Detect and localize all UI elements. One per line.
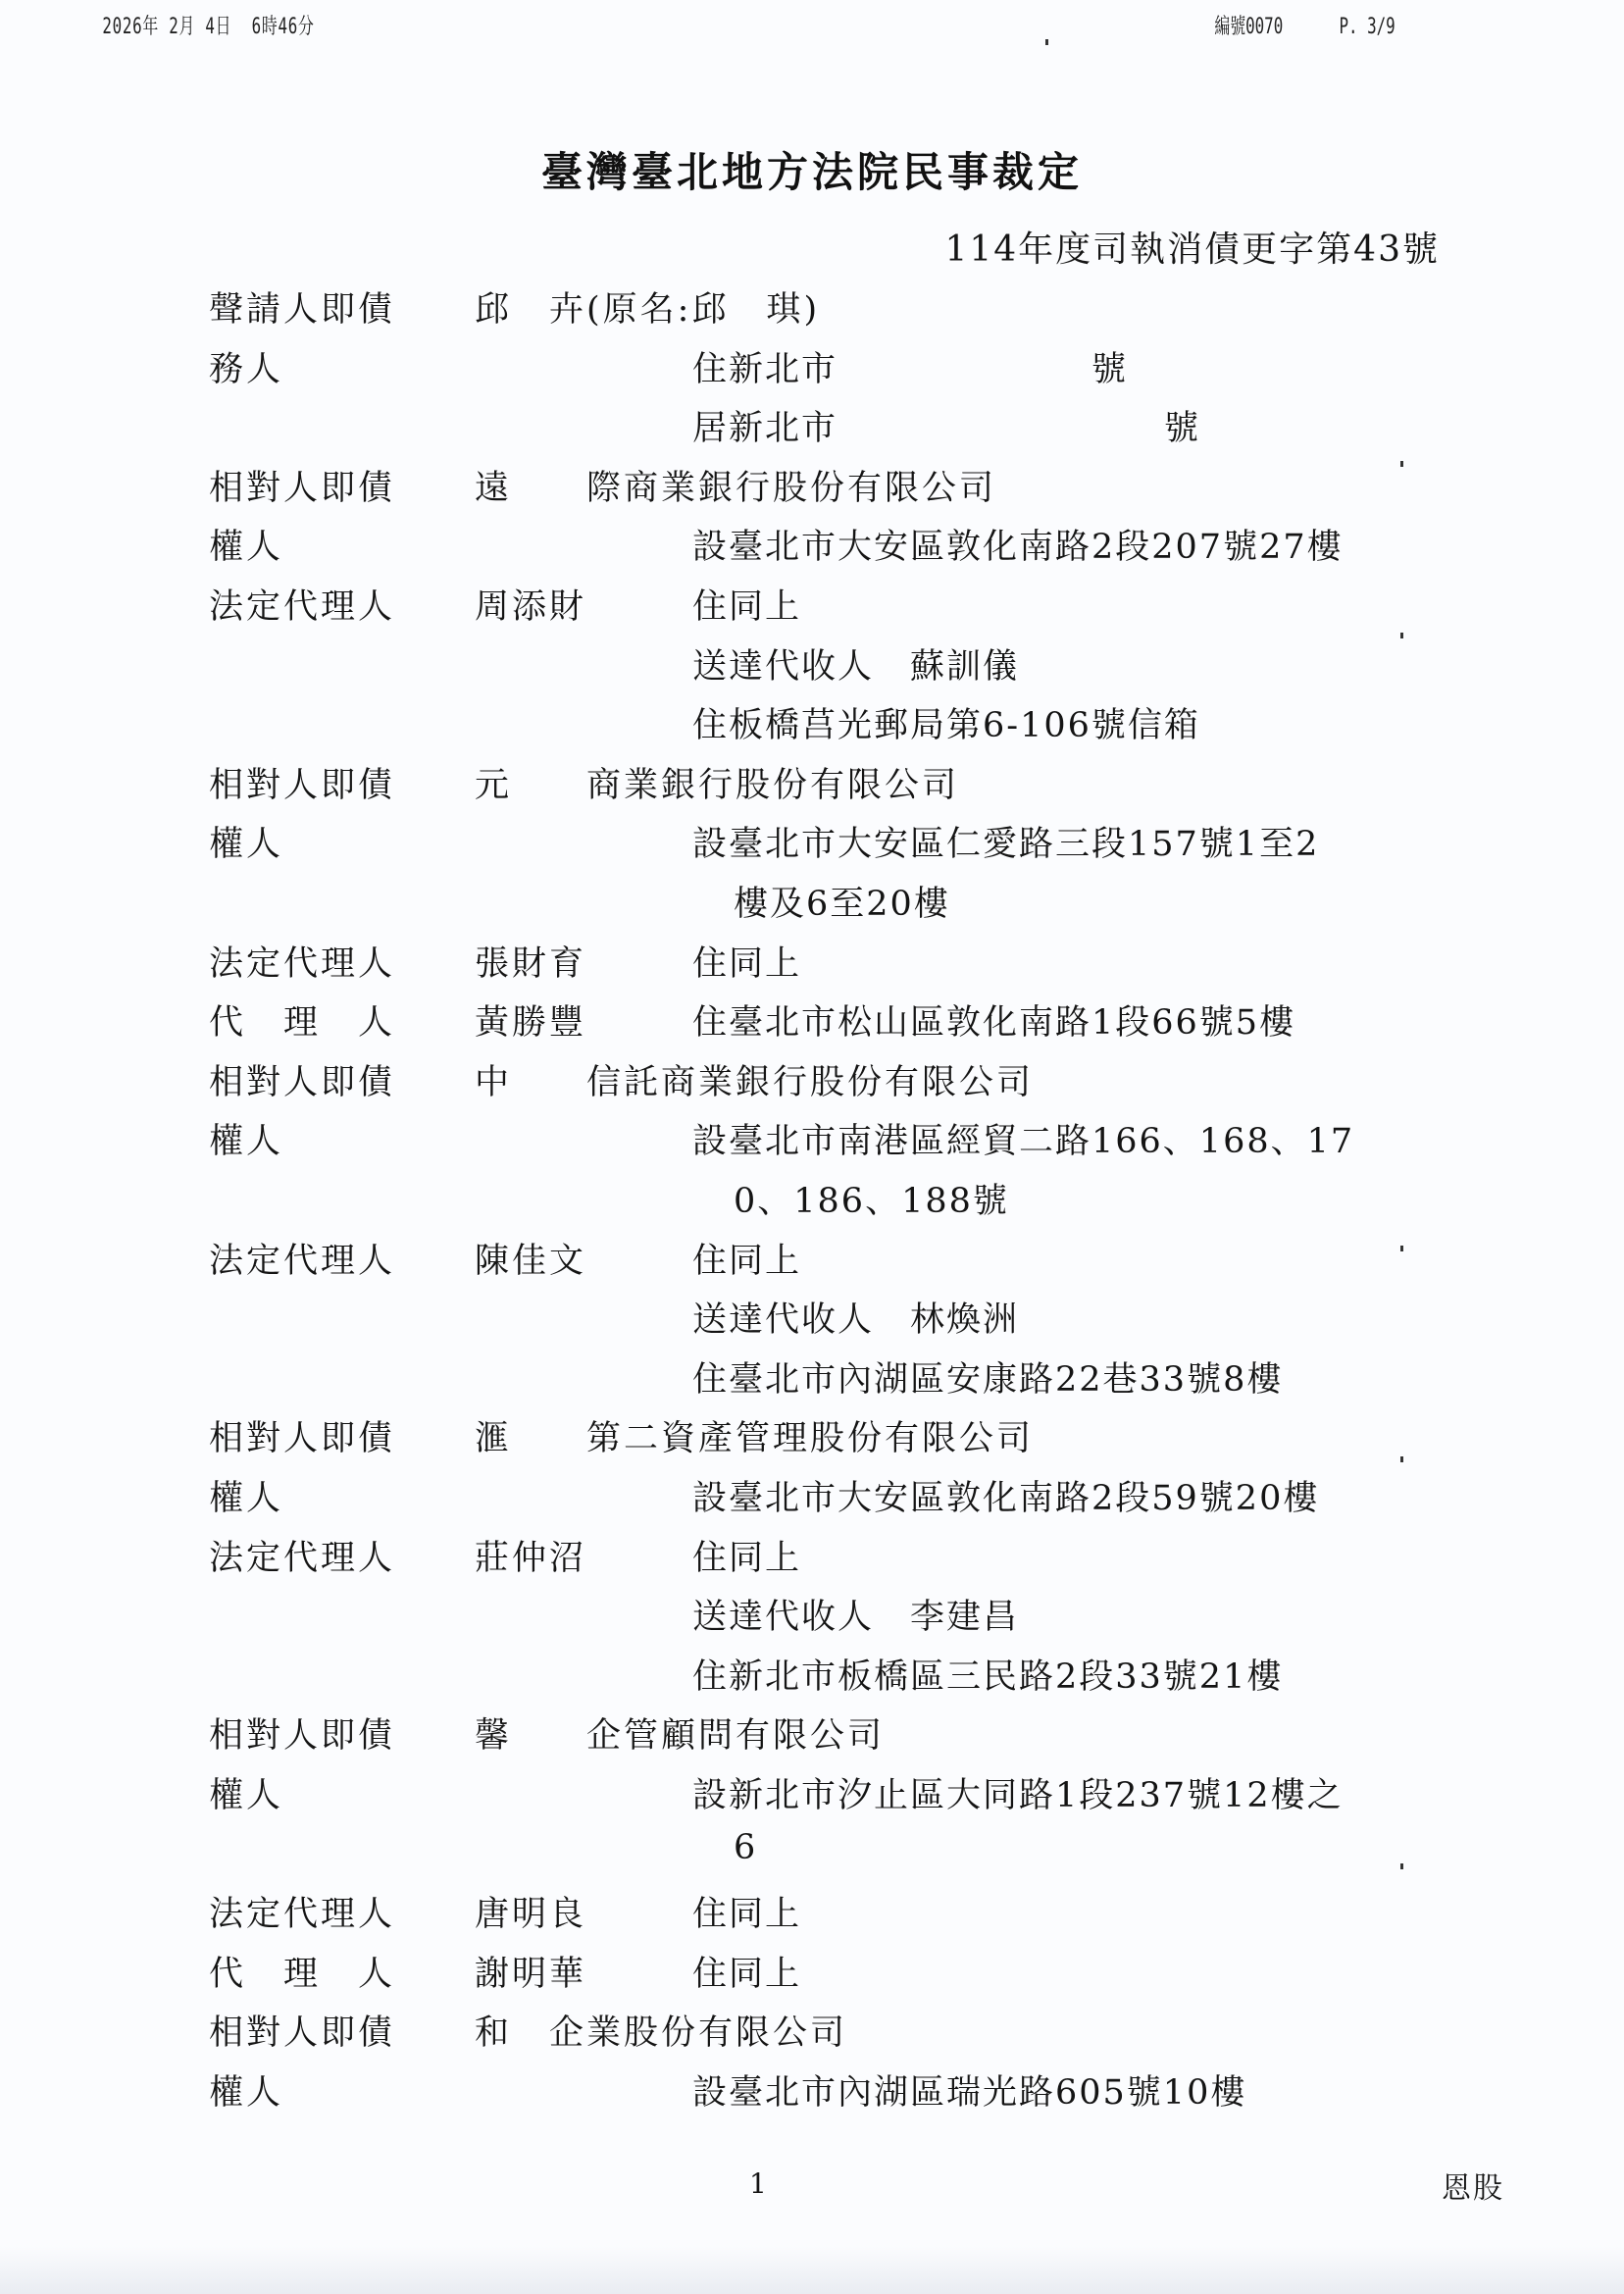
party-name: 滙 第二資產管理股份有限公司	[475, 1411, 1034, 1460]
party-address: 樓及6至20樓	[734, 877, 950, 926]
footer-stamp: 恩股	[1442, 2164, 1504, 2207]
party-address: 住同上	[692, 1947, 801, 1996]
party-role: 務人	[209, 342, 283, 391]
scan-edge	[0, 2246, 1624, 2294]
fax-header: 2026年 2月 4日 6時46分 編號0070 P. 3/9	[0, 10, 1169, 45]
party-role: 聲請人即債	[209, 282, 395, 331]
scan-speck	[1400, 633, 1403, 638]
scan-speck	[1400, 1863, 1403, 1869]
party-address: 居新北市 號	[692, 401, 1200, 450]
party-address: 住同上	[692, 937, 801, 986]
party-role: 相對人即債	[209, 1708, 395, 1758]
party-address: 設臺北市大安區仁愛路三段157號1至2	[692, 817, 1319, 866]
party-role: 法定代理人	[209, 580, 395, 629]
party-role: 權人	[209, 520, 283, 569]
party-role: 代 理 人	[209, 1947, 395, 1996]
party-address: 住同上	[692, 580, 801, 629]
party-address: 住臺北市松山區敦化南路1段66號5樓	[692, 995, 1295, 1045]
party-name: 張財育	[475, 937, 586, 986]
fax-page: P. 3/9	[1339, 15, 1395, 39]
fax-serial-page: 編號0070 P. 3/9	[1214, 10, 1395, 40]
party-role: 法定代理人	[209, 1887, 395, 1936]
party-name: 周添財	[475, 580, 586, 629]
party-name: 和 企業股份有限公司	[475, 2006, 847, 2055]
party-name: 謝明華	[475, 1947, 586, 1996]
party-name: 黃勝豐	[475, 995, 586, 1045]
scan-speck	[1045, 39, 1048, 45]
party-role: 法定代理人	[209, 1234, 395, 1283]
case-number: 114年度司執消債更字第43號	[944, 222, 1440, 272]
party-role: 代 理 人	[209, 995, 395, 1045]
party-address: 0、186、188號	[734, 1174, 1009, 1223]
party-address: 設新北市汐止區大同路1段237號12樓之	[692, 1768, 1344, 1817]
party-role: 權人	[209, 1768, 283, 1817]
party-address: 住同上	[692, 1887, 801, 1936]
party-role: 法定代理人	[209, 937, 395, 986]
party-role: 法定代理人	[209, 1531, 395, 1580]
party-name: 遠 際商業銀行股份有限公司	[475, 461, 996, 510]
party-address: 送達代收人 林煥洲	[692, 1293, 1019, 1342]
scan-speck	[1400, 461, 1403, 467]
fax-serial: 編號0070	[1214, 15, 1283, 39]
party-address: 6	[734, 1828, 757, 1867]
party-address: 住同上	[692, 1234, 801, 1283]
party-name: 唐明良	[475, 1887, 586, 1936]
party-role: 權人	[209, 1471, 283, 1520]
party-address: 設臺北市內湖區瑞光路605號10樓	[692, 2065, 1246, 2115]
document-title: 臺灣臺北地方法院民事裁定	[0, 140, 1624, 199]
party-address: 住新北市板橋區三民路2段33號21樓	[692, 1650, 1283, 1699]
party-address: 送達代收人 李建昌	[692, 1590, 1019, 1639]
party-name: 陳佳文	[475, 1234, 586, 1283]
scan-speck	[1400, 1246, 1403, 1251]
party-role: 相對人即債	[209, 758, 395, 807]
party-role: 相對人即債	[209, 2006, 395, 2055]
party-role: 權人	[209, 2065, 283, 2115]
party-name: 邱 卉(原名:邱 琪)	[475, 282, 820, 331]
party-address: 設臺北市大安區敦化南路2段207號27樓	[692, 520, 1344, 569]
party-role: 相對人即債	[209, 1055, 395, 1104]
party-role: 相對人即債	[209, 461, 395, 510]
party-role: 相對人即債	[209, 1411, 395, 1460]
party-address: 送達代收人 蘇訓儀	[692, 639, 1019, 688]
party-address: 設臺北市大安區敦化南路2段59號20樓	[692, 1471, 1319, 1520]
page-number: 1	[749, 2167, 767, 2200]
party-name: 中 信託商業銀行股份有限公司	[475, 1055, 1034, 1104]
party-role: 權人	[209, 817, 283, 866]
party-address: 住同上	[692, 1531, 801, 1580]
fax-timestamp: 2026年 2月 4日 6時46分	[102, 10, 314, 40]
scan-speck	[1400, 1456, 1403, 1462]
party-role: 權人	[209, 1114, 283, 1163]
party-address: 住新北市 號	[692, 342, 1128, 391]
party-name: 馨 企管顧問有限公司	[475, 1708, 885, 1758]
party-address: 住板橋莒光郵局第6-106號信箱	[692, 698, 1200, 747]
party-address: 設臺北市南港區經貿二路166、168、17	[692, 1114, 1354, 1163]
party-name: 莊仲沼	[475, 1531, 586, 1580]
party-name: 元 商業銀行股份有限公司	[475, 758, 959, 807]
party-address: 住臺北市內湖區安康路22巷33號8樓	[692, 1352, 1283, 1402]
